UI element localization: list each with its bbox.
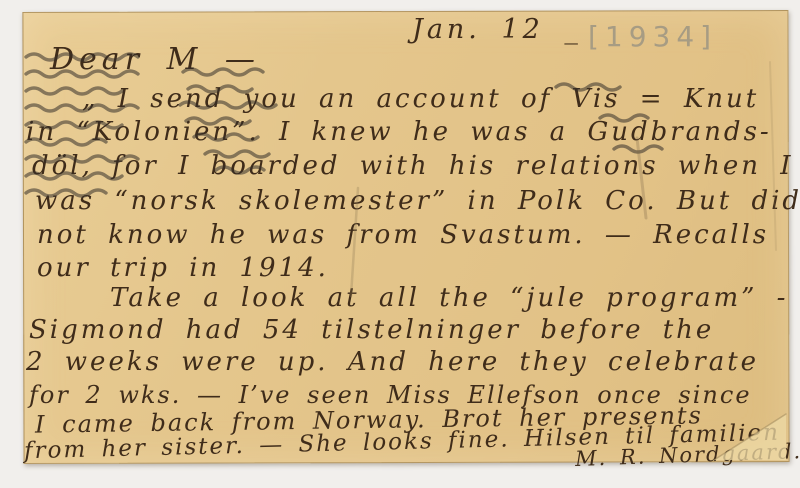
body-line: Sigmond had 54 tilstelninger before the — [29, 315, 714, 345]
salutation: Dear M — — [50, 42, 260, 77]
body-line: not know he was from Svastum. — Recalls — [37, 220, 769, 250]
body-line: our trip in 1914. — [37, 253, 329, 283]
body-line: „ I send you an account of Vis = Knut — [82, 84, 759, 114]
body-line: döl, for I boarded with his relations wh… — [32, 151, 794, 181]
year-annotation-pencil: [1934] — [588, 20, 717, 53]
scanned-postcard-page: Jan. 12 _ [1934] Dear M — „ I send you a… — [0, 0, 800, 488]
body-line: Take a look at all the “jule program” - — [110, 283, 788, 313]
body-line: was “norsk skolemester” in Polk Co. But … — [35, 186, 800, 216]
body-line: in “Kolonien”. I knew he was a Gudbrands… — [26, 117, 772, 147]
body-line: 2 weeks were up. And here they celebrate — [26, 347, 759, 377]
date-line: Jan. 12 _ — [412, 14, 582, 45]
